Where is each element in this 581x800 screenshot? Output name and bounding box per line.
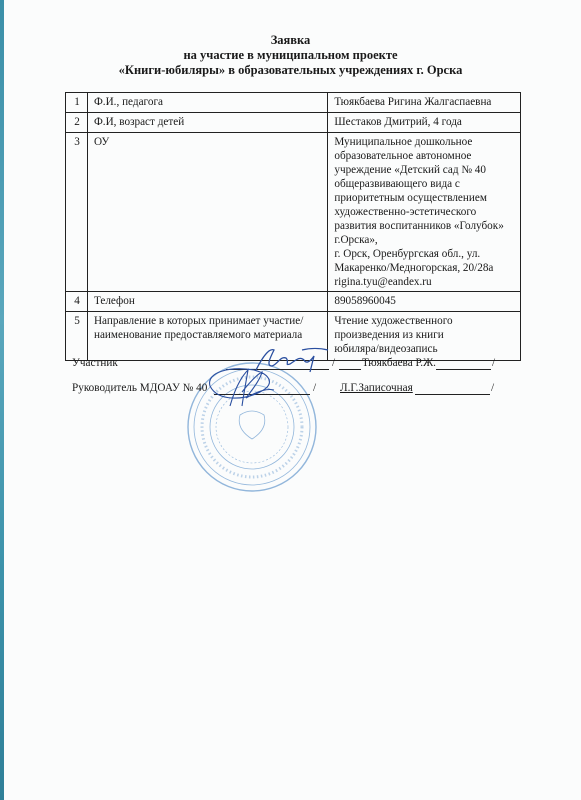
slash: / [491, 381, 494, 395]
phone-value: 89058960045 [334, 294, 515, 308]
participant-name: Тюякбаева Р.Ж. [362, 356, 436, 370]
row-label: Ф.И., педагога [87, 93, 327, 113]
value-line: Макаренко/Медногорская, 20/28а [334, 261, 515, 275]
slash: / [492, 356, 495, 370]
underline [436, 369, 491, 370]
value-line: Шестаков Дмитрий, 4 года [334, 115, 515, 129]
value-line: учреждение «Детский сад № 40 [334, 163, 515, 177]
underline [415, 394, 490, 395]
application-table: 1 Ф.И., педагога Тюякбаева Ригина Жалгас… [65, 92, 521, 361]
value-line: художественно-эстетического [334, 205, 515, 219]
row-label: Ф.И, возраст детей [87, 113, 327, 133]
head-name: Л.Г.Записочная [340, 381, 413, 395]
head-label: Руководитель МДОАУ № 40 [72, 381, 207, 395]
row-value: Муниципальное дошкольное образовательное… [328, 133, 521, 292]
table-row: 2 Ф.И, возраст детей Шестаков Дмитрий, 4… [66, 113, 521, 133]
head-signature-icon [200, 362, 290, 410]
value-line: произведения из книги [334, 328, 515, 342]
value-line: Муниципальное дошкольное [334, 135, 515, 149]
row-number: 2 [66, 113, 88, 133]
participant-label: Участник [72, 356, 118, 370]
row-number: 1 [66, 93, 88, 113]
row-number: 3 [66, 133, 88, 292]
value-line: развития воспитанников «Голубок» [334, 219, 515, 233]
underline [339, 369, 361, 370]
row-label: ОУ [87, 133, 327, 292]
document-title: Заявка на участие в муниципальном проект… [0, 33, 581, 78]
email-value: rigina.tyu@eandex.ru [334, 275, 515, 289]
row-value: Чтение художественного произведения из к… [328, 312, 521, 361]
value-line: приоритетным осуществлением [334, 191, 515, 205]
value-line: г. Орск, Оренбургская обл., ул. [334, 247, 515, 261]
table-row: 4 Телефон 89058960045 [66, 292, 521, 312]
value-line: Тюякбаева Ригина Жалгаспаевна [334, 95, 515, 109]
row-value: Шестаков Дмитрий, 4 года [328, 113, 521, 133]
row-label: Телефон [87, 292, 327, 312]
title-line-2: на участие в муниципальном проекте [0, 48, 581, 63]
row-value: 89058960045 [328, 292, 521, 312]
table-row: 3 ОУ Муниципальное дошкольное образовате… [66, 133, 521, 292]
scan-edge [0, 0, 4, 800]
table-row: 1 Ф.И., педагога Тюякбаева Ригина Жалгас… [66, 93, 521, 113]
title-line-3: «Книги-юбиляры» в образовательных учрежд… [0, 63, 581, 78]
value-line: образовательное автономное [334, 149, 515, 163]
slash: / [332, 356, 335, 370]
value-line: г.Орска», [334, 233, 515, 247]
row-value: Тюякбаева Ригина Жалгаспаевна [328, 93, 521, 113]
title-line-1: Заявка [0, 33, 581, 48]
value-line: общеразвивающего вида с [334, 177, 515, 191]
value-line: юбиляра/видеозапись [334, 342, 515, 356]
value-line: Чтение художественного [334, 314, 515, 328]
row-number: 5 [66, 312, 88, 361]
slash: / [313, 381, 316, 395]
row-number: 4 [66, 292, 88, 312]
